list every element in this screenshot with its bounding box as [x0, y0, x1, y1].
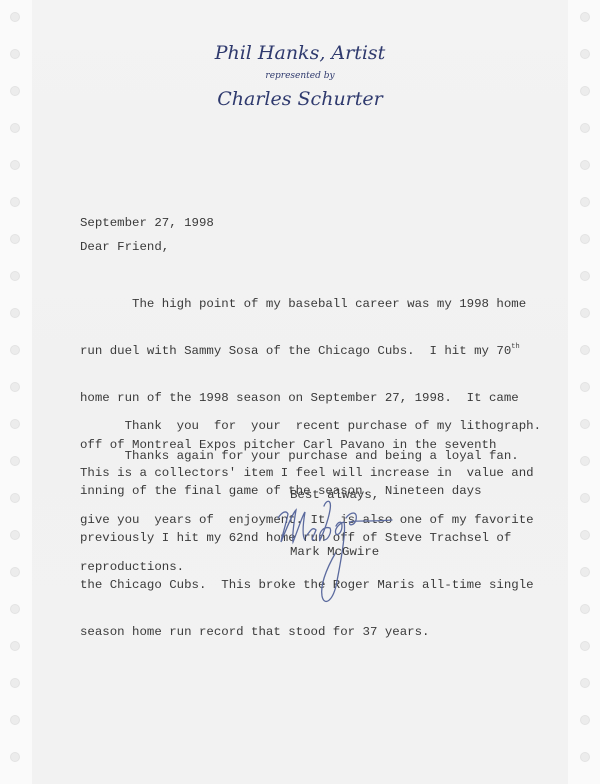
tractor-feed-hole: [10, 752, 20, 762]
superscript: th: [511, 343, 519, 351]
letter-date: September 27, 1998: [80, 216, 560, 232]
tractor-feed-hole: [580, 382, 590, 392]
letter-paragraph-3: Thanks again for your purchase and being…: [80, 449, 560, 465]
tractor-feed-hole: [580, 641, 590, 651]
tractor-feed-hole: [580, 308, 590, 318]
tractor-feed-hole: [10, 567, 20, 577]
paragraph-line: season home run record that stood for 37…: [80, 625, 560, 641]
tractor-feed-hole: [580, 12, 590, 22]
paragraph-line: This is a collectors' item I feel will i…: [80, 466, 560, 482]
tractor-feed-hole: [10, 271, 20, 281]
paragraph-line: Thank you for your recent purchase of my…: [80, 419, 560, 435]
letter-page: Phil Hanks, Artist represented by Charle…: [0, 0, 600, 784]
tractor-feed-hole: [580, 678, 590, 688]
tractor-feed-hole: [580, 715, 590, 725]
tractor-feed-hole: [580, 419, 590, 429]
letterhead-represented-by: represented by: [0, 71, 600, 81]
tractor-feed-hole: [10, 419, 20, 429]
letterhead-agent-name: Charles Schurter: [0, 88, 600, 110]
tractor-feed-hole: [580, 345, 590, 355]
tractor-feed-hole: [580, 530, 590, 540]
tractor-feed-hole: [10, 12, 20, 22]
tractor-feed-hole: [580, 160, 590, 170]
paragraph-line: run duel with Sammy Sosa of the Chicago …: [80, 344, 560, 360]
letter-salutation: Dear Friend,: [80, 240, 560, 256]
tractor-feed-strip-left: [0, 0, 32, 784]
tractor-feed-hole: [580, 493, 590, 503]
tractor-feed-hole: [580, 752, 590, 762]
tractor-feed-hole: [10, 530, 20, 540]
tractor-feed-hole: [580, 123, 590, 133]
tractor-feed-hole: [10, 493, 20, 503]
tractor-feed-hole: [580, 604, 590, 614]
tractor-feed-hole: [580, 567, 590, 577]
tractor-feed-hole: [580, 456, 590, 466]
tractor-feed-hole: [10, 308, 20, 318]
tractor-feed-hole: [10, 382, 20, 392]
tractor-feed-hole: [580, 197, 590, 207]
tractor-feed-hole: [10, 456, 20, 466]
tractor-feed-hole: [10, 234, 20, 244]
tractor-feed-strip-right: [568, 0, 600, 784]
tractor-feed-hole: [10, 123, 20, 133]
tractor-feed-hole: [10, 678, 20, 688]
tractor-feed-hole: [10, 604, 20, 614]
tractor-feed-hole: [10, 345, 20, 355]
tractor-feed-hole: [10, 641, 20, 651]
tractor-feed-hole: [10, 160, 20, 170]
tractor-feed-hole: [580, 271, 590, 281]
letterhead-artist-name: Phil Hanks, Artist: [0, 42, 600, 64]
tractor-feed-hole: [10, 197, 20, 207]
paragraph-line: The high point of my baseball career was…: [80, 297, 560, 313]
tractor-feed-hole: [10, 715, 20, 725]
signature-printed-name: Mark McGwire: [290, 545, 379, 559]
tractor-feed-hole: [580, 234, 590, 244]
